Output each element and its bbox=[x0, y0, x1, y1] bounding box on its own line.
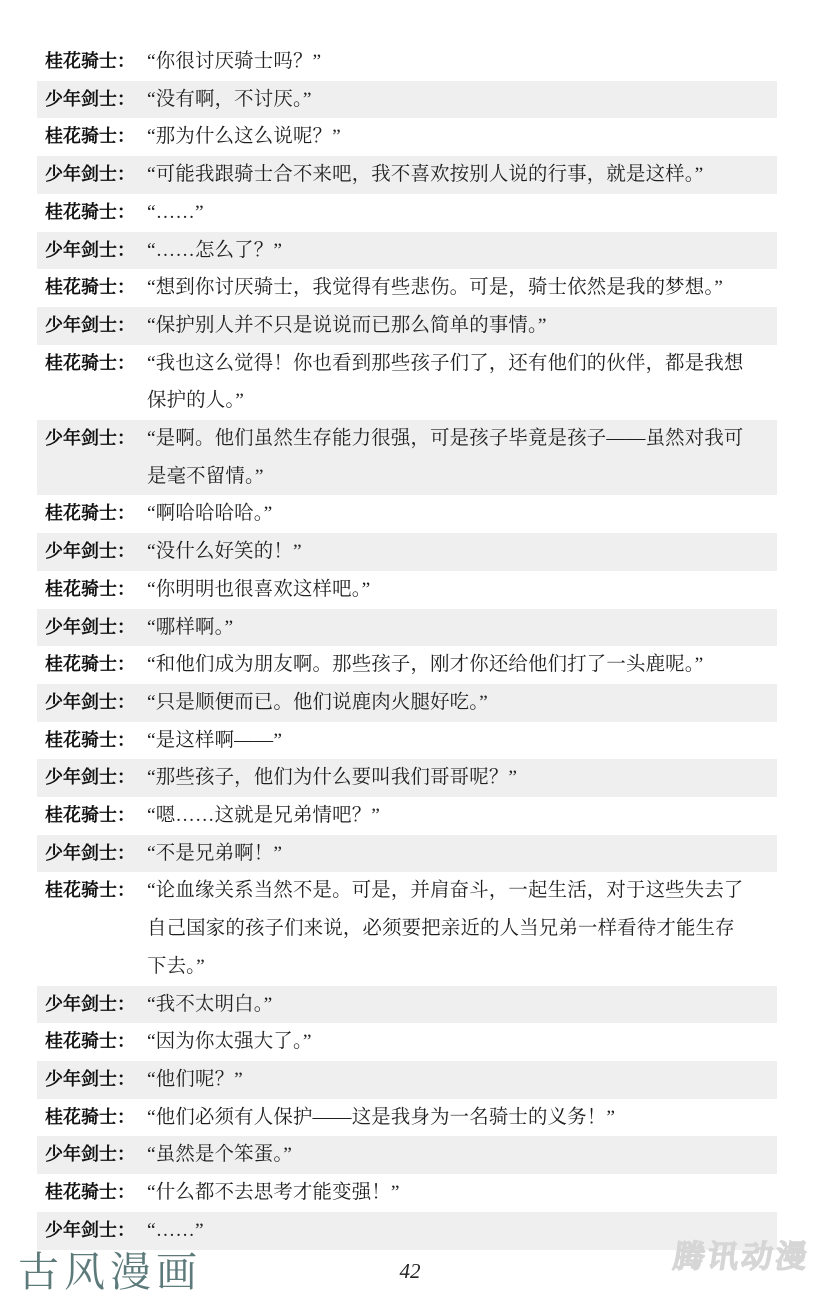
speaker-name: 桂花骑士： bbox=[37, 1174, 147, 1212]
tencent-comics-watermark: 腾讯动漫 bbox=[671, 1231, 813, 1276]
speaker-name: 少年剑士： bbox=[37, 684, 147, 722]
dialogue-text: “不是兄弟啊！” bbox=[147, 835, 777, 873]
dialogue-text: “你明明也很喜欢这样吧。” bbox=[147, 571, 777, 609]
speaker-name: 少年剑士： bbox=[37, 307, 147, 345]
dialogue-row: 桂花骑士： “想到你讨厌骑士，我觉得有些悲伤。可是，骑士依然是我的梦想。” bbox=[37, 269, 777, 307]
speaker-name: 桂花骑士： bbox=[37, 722, 147, 760]
speaker-name: 少年剑士： bbox=[37, 835, 147, 873]
dialogue-row: 桂花骑士： “因为你太强大了。” bbox=[37, 1023, 777, 1061]
dialogue-row: 少年剑士： “保护别人并不只是说说而已那么简单的事情。” bbox=[37, 307, 777, 345]
speaker-name: 桂花骑士： bbox=[37, 1099, 147, 1137]
dialogue-row: 桂花骑士： “啊哈哈哈哈。” bbox=[37, 495, 777, 533]
dialogue-row: 桂花骑士： “他们必须有人保护——这是我身为一名骑士的义务！” bbox=[37, 1099, 777, 1137]
dialogue-text: “没有啊，不讨厌。” bbox=[147, 81, 777, 119]
dialogue-row: 少年剑士： “哪样啊。” bbox=[37, 609, 777, 647]
dialogue-text: “是这样啊——” bbox=[147, 722, 777, 760]
dialogue-text: “只是顺便而已。他们说鹿肉火腿好吃。” bbox=[147, 684, 777, 722]
dialogue-row: 少年剑士： “不是兄弟啊！” bbox=[37, 835, 777, 873]
dialogue-row: 少年剑士： “……” bbox=[37, 1212, 777, 1250]
speaker-name: 桂花骑士： bbox=[37, 495, 147, 533]
dialogue-row: 少年剑士： “……怎么了？” bbox=[37, 232, 777, 270]
speaker-name: 少年剑士： bbox=[37, 232, 147, 270]
speaker-name: 少年剑士： bbox=[37, 156, 147, 194]
dialogue-row: 桂花骑士： “和他们成为朋友啊。那些孩子，刚才你还给他们打了一头鹿呢。” bbox=[37, 646, 777, 684]
dialogue-text: “想到你讨厌骑士，我觉得有些悲伤。可是，骑士依然是我的梦想。” bbox=[147, 269, 777, 307]
dialogue-row: 少年剑士： “那些孩子，他们为什么要叫我们哥哥呢？” bbox=[37, 759, 777, 797]
dialogue-text: “嗯……这就是兄弟情吧？” bbox=[147, 797, 777, 835]
dialogue-text: “我不太明白。” bbox=[147, 986, 777, 1024]
dialogue-text: “啊哈哈哈哈。” bbox=[147, 495, 777, 533]
dialogue-row: 少年剑士： “我不太明白。” bbox=[37, 986, 777, 1024]
dialogue-row: 桂花骑士： “……” bbox=[37, 194, 777, 232]
dialogue-row: 少年剑士： “他们呢？” bbox=[37, 1061, 777, 1099]
dialogue-row: 桂花骑士： “嗯……这就是兄弟情吧？” bbox=[37, 797, 777, 835]
dialogue-text: “什么都不去思考才能变强！” bbox=[147, 1174, 777, 1212]
speaker-name: 桂花骑士： bbox=[37, 269, 147, 307]
dialogue-text: “那为什么这么说呢？” bbox=[147, 118, 777, 156]
speaker-name: 少年剑士： bbox=[37, 1061, 147, 1099]
dialogue-text: “可能我跟骑士合不来吧，我不喜欢按别人说的行事，就是这样。” bbox=[147, 156, 777, 194]
dialogue-text: “那些孩子，他们为什么要叫我们哥哥呢？” bbox=[147, 759, 777, 797]
dialogue-text: “你很讨厌骑士吗？” bbox=[147, 43, 777, 81]
dialogue-row: 少年剑士： “只是顺便而已。他们说鹿肉火腿好吃。” bbox=[37, 684, 777, 722]
speaker-name: 少年剑士： bbox=[37, 533, 147, 571]
speaker-name: 少年剑士： bbox=[37, 420, 147, 458]
speaker-name: 少年剑士： bbox=[37, 1136, 147, 1174]
dialogue-text: “……怎么了？” bbox=[147, 232, 777, 270]
dialogue-row: 桂花骑士： “什么都不去思考才能变强！” bbox=[37, 1174, 777, 1212]
speaker-name: 少年剑士： bbox=[37, 1212, 147, 1250]
dialogue-text: “虽然是个笨蛋。” bbox=[147, 1136, 777, 1174]
dialogue-row: 桂花骑士： “论血缘关系当然不是。可是，并肩奋斗，一起生活，对于这些失去了 自己… bbox=[37, 872, 777, 985]
speaker-name: 桂花骑士： bbox=[37, 194, 147, 232]
speaker-name: 桂花骑士： bbox=[37, 118, 147, 156]
dialogue-text: “他们必须有人保护——这是我身为一名骑士的义务！” bbox=[147, 1099, 777, 1137]
dialogue-text: “……” bbox=[147, 194, 777, 232]
dialogue-text: “和他们成为朋友啊。那些孩子，刚才你还给他们打了一头鹿呢。” bbox=[147, 646, 777, 684]
dialogue-row: 少年剑士： “没什么好笑的！” bbox=[37, 533, 777, 571]
dialogue-list: 桂花骑士： “你很讨厌骑士吗？” 少年剑士： “没有啊，不讨厌。” 桂花骑士： … bbox=[37, 43, 777, 1250]
speaker-name: 少年剑士： bbox=[37, 609, 147, 647]
dialogue-row: 桂花骑士： “那为什么这么说呢？” bbox=[37, 118, 777, 156]
dialogue-text: “是啊。他们虽然生存能力很强，可是孩子毕竟是孩子——虽然对我可 是毫不留情。” bbox=[147, 420, 777, 495]
dialogue-row: 桂花骑士： “你很讨厌骑士吗？” bbox=[37, 43, 777, 81]
dialogue-text: “哪样啊。” bbox=[147, 609, 777, 647]
speaker-name: 少年剑士： bbox=[37, 759, 147, 797]
dialogue-row: 桂花骑士： “我也这么觉得！你也看到那些孩子们了，还有他们的伙伴，都是我想 保护… bbox=[37, 345, 777, 420]
dialogue-row: 少年剑士： “没有啊，不讨厌。” bbox=[37, 81, 777, 119]
dialogue-row: 桂花骑士： “你明明也很喜欢这样吧。” bbox=[37, 571, 777, 609]
speaker-name: 桂花骑士： bbox=[37, 797, 147, 835]
speaker-name: 少年剑士： bbox=[37, 986, 147, 1024]
dialogue-text: “论血缘关系当然不是。可是，并肩奋斗，一起生活，对于这些失去了 自己国家的孩子们… bbox=[147, 872, 777, 985]
dialogue-row: 少年剑士： “虽然是个笨蛋。” bbox=[37, 1136, 777, 1174]
dialogue-row: 少年剑士： “可能我跟骑士合不来吧，我不喜欢按别人说的行事，就是这样。” bbox=[37, 156, 777, 194]
speaker-name: 桂花骑士： bbox=[37, 345, 147, 383]
speaker-name: 桂花骑士： bbox=[37, 872, 147, 910]
speaker-name: 少年剑士： bbox=[37, 81, 147, 119]
speaker-name: 桂花骑士： bbox=[37, 646, 147, 684]
dialogue-text: “他们呢？” bbox=[147, 1061, 777, 1099]
dialogue-text: “保护别人并不只是说说而已那么简单的事情。” bbox=[147, 307, 777, 345]
speaker-name: 桂花骑士： bbox=[37, 571, 147, 609]
dialogue-row: 桂花骑士： “是这样啊——” bbox=[37, 722, 777, 760]
document-page: { "speaker_suffix": "：", "speakers": ["桂… bbox=[0, 0, 820, 1291]
dialogue-text: “没什么好笑的！” bbox=[147, 533, 777, 571]
dialogue-row: 少年剑士： “是啊。他们虽然生存能力很强，可是孩子毕竟是孩子——虽然对我可 是毫… bbox=[37, 420, 777, 495]
dialogue-text: “我也这么觉得！你也看到那些孩子们了，还有他们的伙伴，都是我想 保护的人。” bbox=[147, 345, 777, 420]
dialogue-text: “因为你太强大了。” bbox=[147, 1023, 777, 1061]
speaker-name: 桂花骑士： bbox=[37, 1023, 147, 1061]
speaker-name: 桂花骑士： bbox=[37, 43, 147, 81]
